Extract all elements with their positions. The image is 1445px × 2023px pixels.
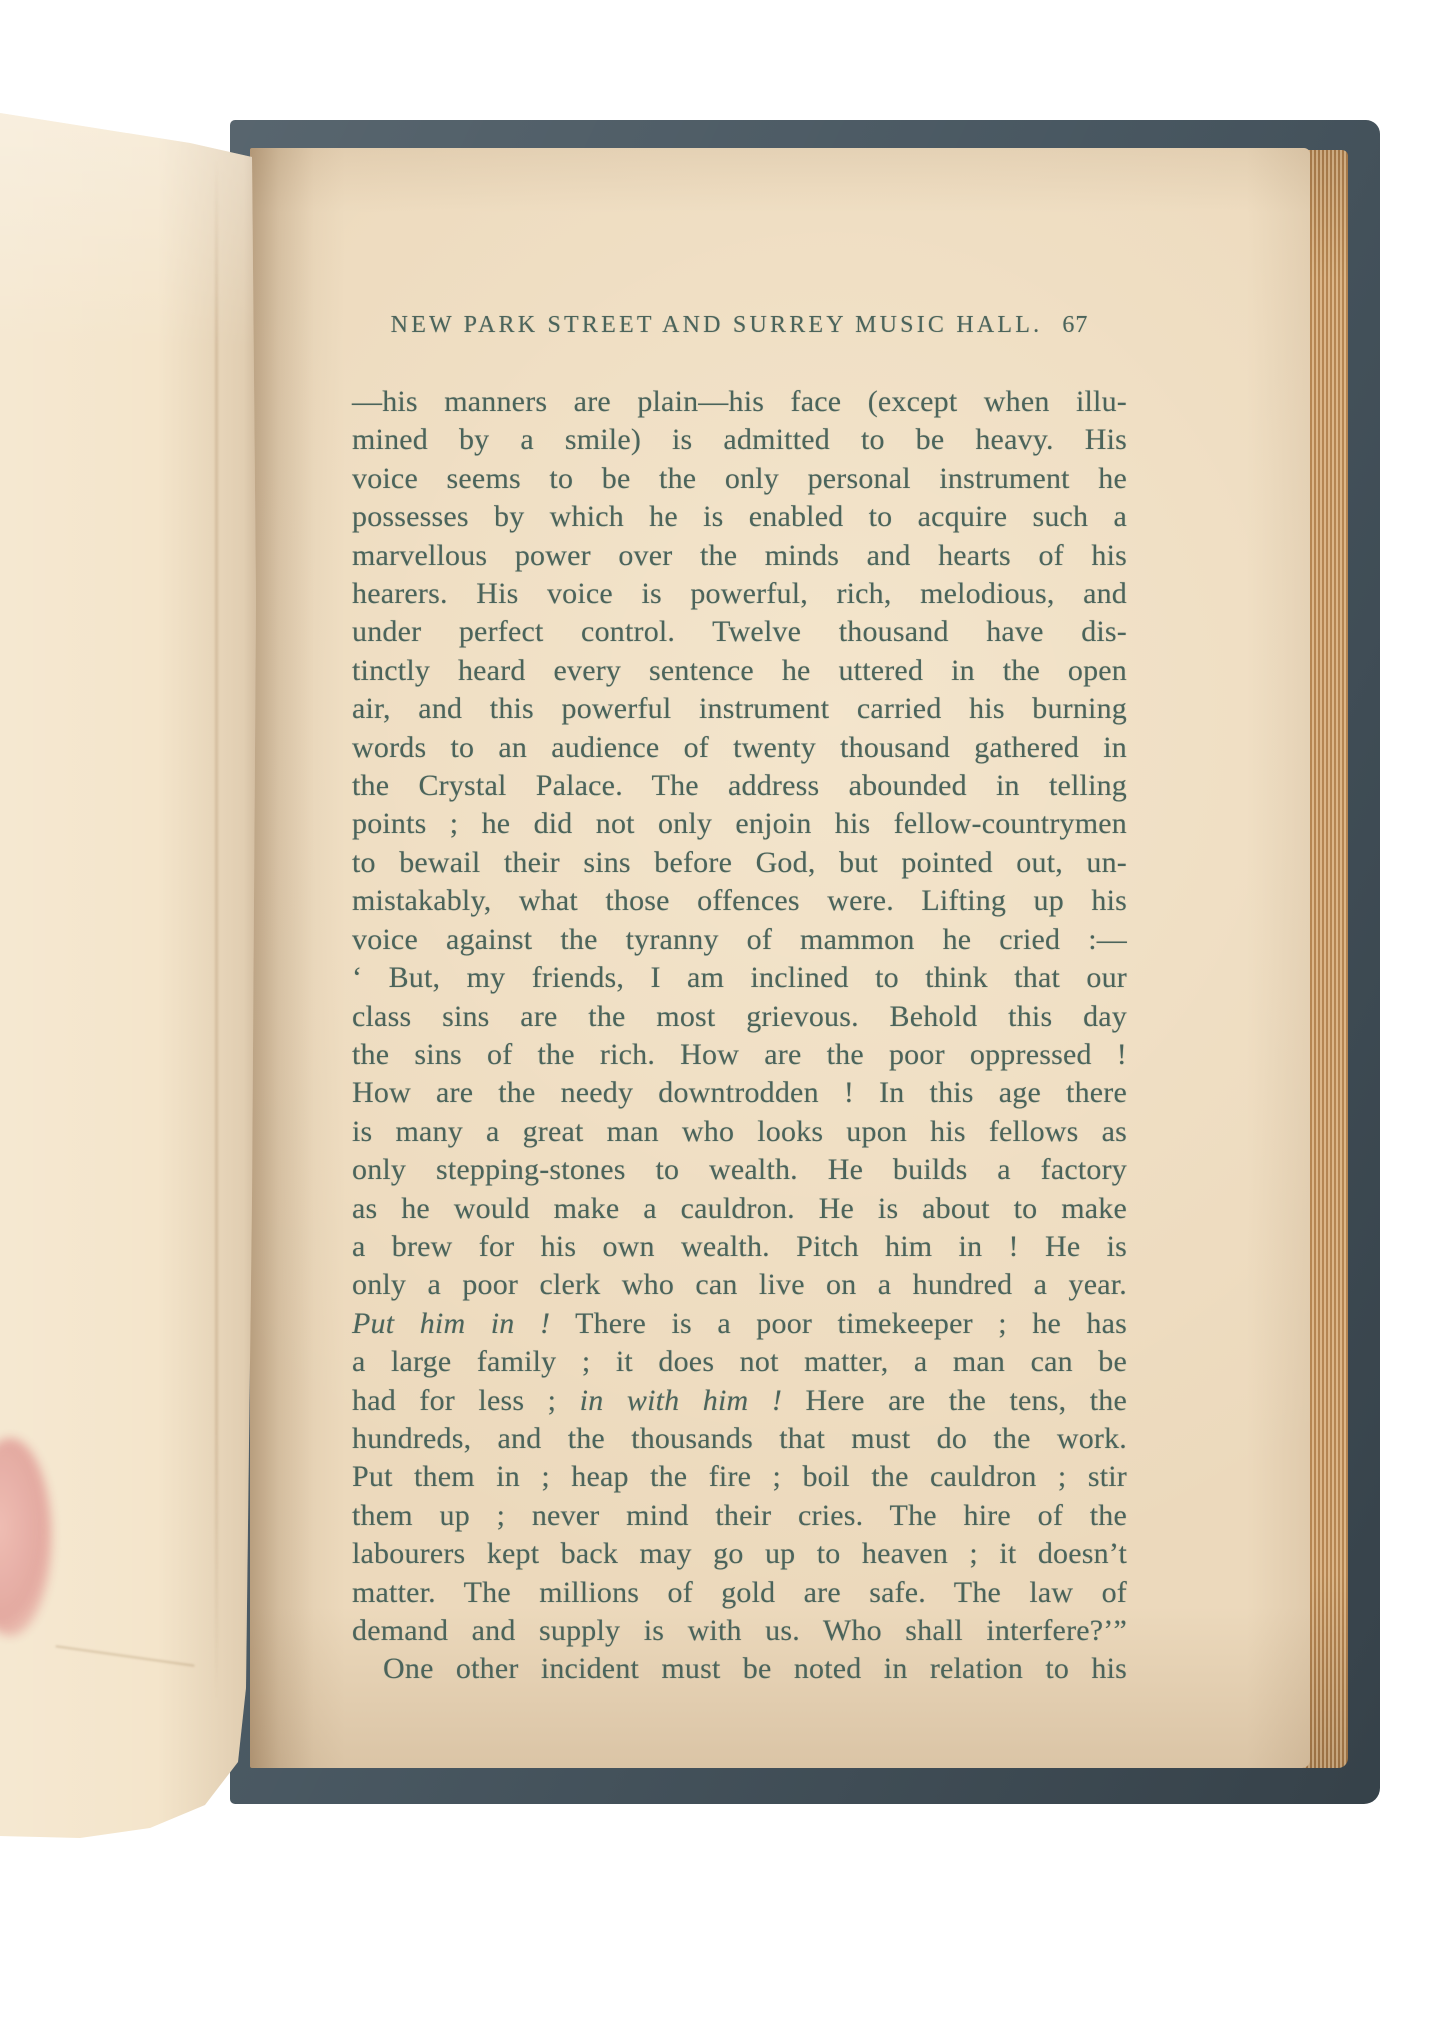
text-line: them up ; never mind their cries. The hi…: [352, 1497, 1127, 1535]
text-line: demand and supply is with us. Who shall …: [352, 1612, 1127, 1650]
text-line: hearers. His voice is powerful, rich, me…: [352, 575, 1127, 613]
book-photo: NEW PARK STREET AND SURREY MUSIC HALL. 6…: [0, 0, 1445, 2023]
text-line: a large family ; it does not matter, a m…: [352, 1343, 1127, 1381]
text-line: voice against the tyranny of mammon he c…: [352, 921, 1127, 959]
text-line: One other incident must be noted in rela…: [352, 1650, 1127, 1688]
text-line: only a poor clerk who can live on a hund…: [352, 1266, 1127, 1304]
text-line: under perfect control. Twelve thousand h…: [352, 613, 1127, 651]
body-text: —his manners are plain—his face (except …: [352, 383, 1127, 1689]
text-line: is many a great man who looks upon his f…: [352, 1113, 1127, 1151]
text-line: marvellous power over the minds and hear…: [352, 537, 1127, 575]
text-line: mistakably, what those offences were. Li…: [352, 882, 1127, 920]
text-line: —his manners are plain—his face (except …: [352, 383, 1127, 421]
text-line: tinctly heard every sentence he uttered …: [352, 652, 1127, 690]
text-line: possesses by which he is enabled to acqu…: [352, 498, 1127, 536]
book-page-recto: NEW PARK STREET AND SURREY MUSIC HALL. 6…: [250, 148, 1310, 1768]
text-line: points ; he did not only enjoin his fell…: [352, 805, 1127, 843]
text-line: the Crystal Palace. The address abounded…: [352, 767, 1127, 805]
text-line: a brew for his own wealth. Pitch him in …: [352, 1228, 1127, 1266]
text-line: Put him in ! There is a poor timekeeper …: [352, 1305, 1127, 1343]
text-line: matter. The millions of gold are safe. T…: [352, 1574, 1127, 1612]
text-line: the sins of the rich. How are the poor o…: [352, 1036, 1127, 1074]
text-line: words to an audience of twenty thousand …: [352, 729, 1127, 767]
text-line: How are the needy downtrodden ! In this …: [352, 1074, 1127, 1112]
page-text: NEW PARK STREET AND SURREY MUSIC HALL. 6…: [352, 312, 1127, 1689]
text-line: had for less ; in with him ! Here are th…: [352, 1382, 1127, 1420]
text-line: class sins are the most grievous. Behold…: [352, 998, 1127, 1036]
text-line: labourers kept back may go up to heaven …: [352, 1535, 1127, 1573]
running-head-title: NEW PARK STREET AND SURREY MUSIC HALL.: [391, 312, 1043, 339]
page-crease: [215, 160, 218, 1700]
text-line: only stepping-stones to wealth. He build…: [352, 1151, 1127, 1189]
text-line: air, and this powerful instrument carrie…: [352, 690, 1127, 728]
running-head: NEW PARK STREET AND SURREY MUSIC HALL. 6…: [352, 312, 1127, 339]
text-line: hundreds, and the thousands that must do…: [352, 1420, 1127, 1458]
text-line: to bewail their sins before God, but poi…: [352, 844, 1127, 882]
text-line: mined by a smile) is admitted to be heav…: [352, 421, 1127, 459]
gutter-shadow: [250, 148, 314, 1768]
text-line: as he would make a cauldron. He is about…: [352, 1190, 1127, 1228]
page-number: 67: [1062, 312, 1088, 339]
text-line: ‘ But, my friends, I am inclined to thin…: [352, 959, 1127, 997]
text-line: voice seems to be the only personal inst…: [352, 460, 1127, 498]
text-line: Put them in ; heap the fire ; boil the c…: [352, 1458, 1127, 1496]
